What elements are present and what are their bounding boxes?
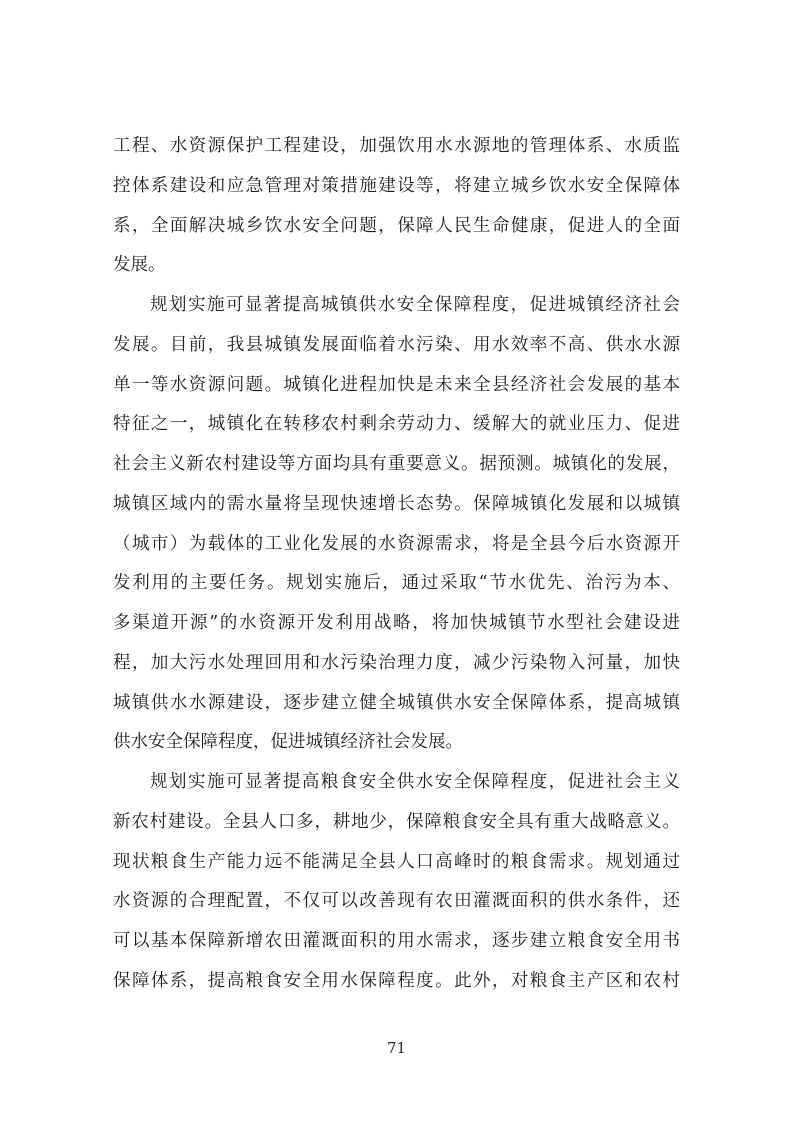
text-line: 城镇供水水源建设，逐步建立健全城镇供水安全保障体系，提高城镇: [113, 684, 680, 724]
text-line: 多渠道开源”的水资源开发利用战略，将加快城镇节水型社会建设进: [113, 604, 680, 644]
text-line: 工程、水资源保护工程建设，加强饮用水水源地的管理体系、水质监: [113, 127, 680, 167]
page-footer: 71: [0, 1038, 793, 1057]
text-line: 现状粮食生产能力远不能满足全县人口高峰时的粮食需求。规划通过: [113, 843, 680, 883]
text-line: 控体系建设和应急管理对策措施建设等，将建立城乡饮水安全保障体: [113, 167, 680, 207]
text-line: 社会主义新农村建设等方面均具有重要意义。据预测。城镇化的发展，: [113, 445, 680, 485]
text-line: 发利用的主要任务。规划实施后，通过采取“节水优先、治污为本、: [113, 564, 680, 604]
text-line: 发展。: [113, 246, 680, 286]
paragraph-1: 工程、水资源保护工程建设，加强饮用水水源地的管理体系、水质监 控体系建设和应急管…: [113, 127, 680, 286]
paragraph-2: 规划实施可显著提高城镇供水安全保障程度，促进城镇经济社会 发展。目前，我县城镇发…: [113, 286, 680, 763]
paragraph-3: 规划实施可显著提高粮食安全供水安全保障程度，促进社会主义 新农村建设。全县人口多…: [113, 763, 680, 1002]
text-line: 新农村建设。全县人口多，耕地少，保障粮食安全具有重大战略意义。: [113, 803, 680, 843]
text-line: 发展。目前，我县城镇发展面临着水污染、用水效率不高、供水水源: [113, 326, 680, 366]
page-number: 71: [387, 1039, 406, 1057]
text-line: 规划实施可显著提高城镇供水安全保障程度，促进城镇经济社会: [113, 286, 680, 326]
text-line: 单一等水资源问题。城镇化进程加快是未来全县经济社会发展的基本: [113, 366, 680, 406]
text-line: 保障体系，提高粮食安全用水保障程度。此外，对粮食主产区和农村: [113, 962, 680, 1002]
text-line: 供水安全保障程度，促进城镇经济社会发展。: [113, 723, 680, 763]
text-line: 可以基本保障新增农田灌溉面积的用水需求，逐步建立粮食安全用书: [113, 922, 680, 962]
text-line: 规划实施可显著提高粮食安全供水安全保障程度，促进社会主义: [113, 763, 680, 803]
text-line: 城镇区域内的需水量将呈现快速增长态势。保障城镇化发展和以城镇: [113, 485, 680, 525]
document-page: 工程、水资源保护工程建设，加强饮用水水源地的管理体系、水质监 控体系建设和应急管…: [0, 0, 793, 1122]
text-line: 水资源的合理配置，不仅可以改善现有农田灌溉面积的供水条件，还: [113, 882, 680, 922]
text-line: 特征之一，城镇化在转移农村剩余劳动力、缓解大的就业压力、促进: [113, 405, 680, 445]
text-line: 系，全面解决城乡饮水安全问题，保障人民生命健康，促进人的全面: [113, 207, 680, 247]
page-body-text: 工程、水资源保护工程建设，加强饮用水水源地的管理体系、水质监 控体系建设和应急管…: [113, 127, 680, 1002]
text-line: （城市）为载体的工业化发展的水资源需求，将是全县今后水资源开: [113, 525, 680, 565]
text-line: 程，加大污水处理回用和水污染治理力度，减少污染物入河量，加快: [113, 644, 680, 684]
